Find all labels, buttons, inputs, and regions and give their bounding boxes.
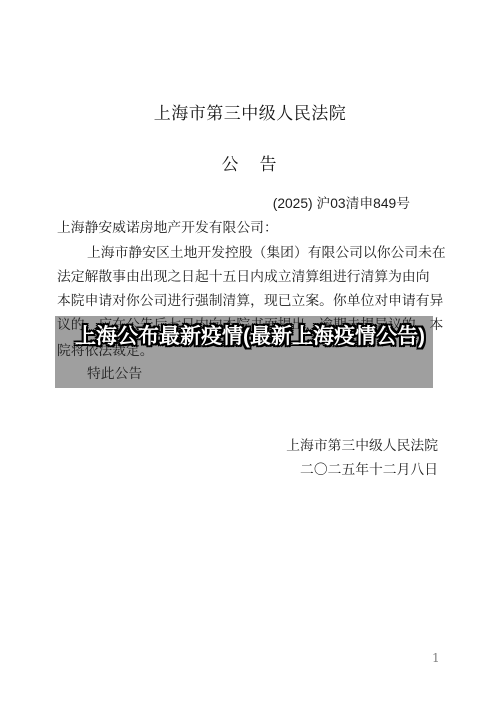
body-line: 法定解散事由出现之日起十五日内成立清算组进行清算为由向 — [57, 270, 430, 284]
page-number: 1 — [432, 651, 440, 665]
watermark-title: 上海公布最新疫情(最新上海疫情公告) — [69, 322, 431, 352]
court-name-heading: 上海市第三中级人民法院 — [0, 99, 500, 124]
signature-date: 二〇二五年十二月八日 — [300, 463, 438, 477]
recipient-line: 上海静安威诺房地产开发有限公司： — [57, 221, 278, 235]
announcement-title: 公 告 — [0, 150, 500, 175]
closing-line: 特此公告 — [87, 367, 142, 381]
body-line: 上海市静安区土地开发控股（集团）有限公司以你公司未在 — [87, 246, 446, 260]
body-line: 本院申请对你公司进行强制清算，现已立案。你单位对申请有异 — [57, 294, 443, 308]
signature-court: 上海市第三中级人民法院 — [286, 439, 438, 453]
case-number: (2025) 沪03清申849号 — [273, 197, 410, 211]
document-page: 上海市第三中级人民法院 公 告 (2025) 沪03清申849号 上海静安威诺房… — [0, 0, 500, 706]
